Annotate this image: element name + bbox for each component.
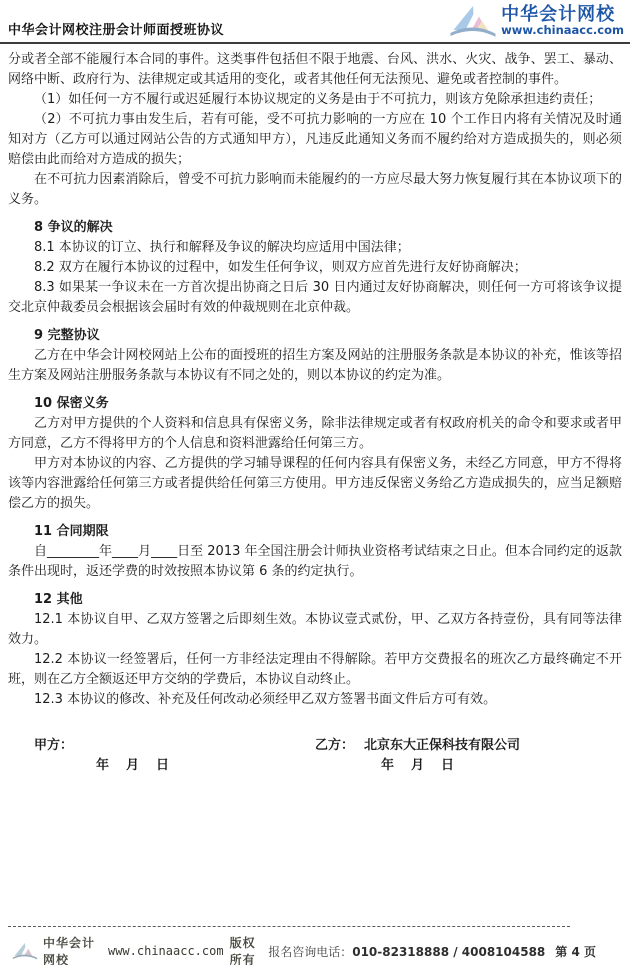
logo-brand-name: 中华会计网校 (501, 6, 624, 25)
paragraph: 在不可抗力因素消除后，曾受不可抗力影响而未能履约的一方应尽最大努力恢复履行其在本… (8, 170, 622, 210)
chinaacc-logo: 中华会计网校 www.chinaacc.com (449, 2, 624, 42)
paragraph: 12.2 本协议一经签署后，任何一方非经法定理由不得解除。若甲方交费报名的班次乙… (8, 650, 622, 690)
document-title: 中华会计网校注册会计师面授班协议 (8, 19, 224, 42)
phone-numbers: 010-82318888 / 4008104588 (352, 945, 545, 959)
document-body: 分或者全部不能履行本合同的事件。这类事件包括但不限于地震、台风、洪水、火灾、战争… (8, 50, 622, 710)
paragraph: （1）如任何一方不履行或迟延履行本协议规定的义务是由于不可抗力，则该方免除承担违… (8, 90, 622, 110)
section-heading: 12 其他 (8, 590, 622, 610)
footer-url: www.chinaacc.com (108, 944, 224, 958)
chinaacc-logo-icon (449, 2, 497, 40)
party-b-label: 乙方： (315, 738, 354, 753)
paragraph: 甲方对本协议的内容、乙方提供的学习辅导课程的任何内容具有保密义务，未经乙方同意，… (8, 454, 622, 514)
paragraph: 8.1 本协议的订立、执行和解释及争议的解决均应适用中国法律； (8, 238, 622, 258)
document-content: 分或者全部不能履行本合同的事件。这类事件包括但不限于地震、台风、洪水、火灾、战争… (0, 44, 630, 776)
paragraph: 8.2 双方在履行本协议的过程中，如发生任何争议，则双方应首先进行友好协商解决； (8, 258, 622, 278)
paragraph: 12.1 本协议自甲、乙双方签署之后即刻生效。本协议壹式贰份，甲、乙双方各持壹份… (8, 610, 622, 650)
section-heading: 9 完整协议 (8, 326, 622, 346)
paragraph: 8.3 如果某一争议未在一方首次提出协商之日后 30 日内通过友好协商解决，则任… (8, 278, 622, 318)
paragraph: 乙方在中华会计网校网站上公布的面授班的招生方案及网站的注册服务条款是本协议的补充… (8, 346, 622, 386)
footer-left: 中华会计网校 www.chinaacc.com 版权所有 (12, 934, 268, 965)
party-a-date-line: 年 月 日 (8, 756, 315, 776)
footer-brand-name: 中华会计网校 (43, 934, 101, 965)
page-header: 中华会计网校注册会计师面授班协议 中华会计网校 www.chinaacc.com (0, 0, 630, 44)
page-number: 第 4 页 (555, 945, 596, 959)
footer-right: 报名咨询电话：010-82318888 / 4008104588第 4 页 (268, 943, 596, 960)
paragraph: （2）不可抗力事由发生后，若有可能，受不可抗力影响的一方应在 10 个工作日内将… (8, 110, 622, 170)
paragraph: 自________年____月____日至 2013 年全国注册会计师执业资格考… (8, 542, 622, 582)
phone-label: 报名咨询电话： (268, 945, 352, 959)
signature-block: 甲方： 年 月 日 乙方：北京东大正保科技有限公司 年 月 日 (8, 736, 622, 776)
section-heading: 8 争议的解决 (8, 218, 622, 238)
agreement-page: 中华会计网校注册会计师面授班协议 中华会计网校 www.chinaacc.com… (0, 0, 630, 965)
paragraph: 分或者全部不能履行本合同的事件。这类事件包括但不限于地震、台风、洪水、火灾、战争… (8, 50, 622, 90)
section-heading: 11 合同期限 (8, 522, 622, 542)
chinaacc-logo-icon (12, 941, 38, 961)
footer-copyright: 版权所有 (230, 934, 269, 965)
paragraph: 12.3 本协议的修改、补充及任何改动必须经甲乙双方签署书面文件后方可有效。 (8, 690, 622, 710)
paragraph: 乙方对甲方提供的个人资料和信息具有保密义务，除非法律规定或者有权政府机关的命令和… (8, 414, 622, 454)
party-b-company-name: 北京东大正保科技有限公司 (364, 738, 520, 753)
party-a-column: 甲方： 年 月 日 (8, 736, 315, 776)
party-a-label: 甲方： (8, 736, 315, 756)
page-footer: 中华会计网校 www.chinaacc.com 版权所有 报名咨询电话：010-… (8, 926, 622, 965)
section-heading: 10 保密义务 (8, 394, 622, 414)
party-b-column: 乙方：北京东大正保科技有限公司 年 月 日 (315, 736, 622, 776)
logo-text: 中华会计网校 www.chinaacc.com (501, 6, 624, 37)
footer-row: 中华会计网校 www.chinaacc.com 版权所有 报名咨询电话：010-… (8, 927, 622, 965)
logo-url: www.chinaacc.com (501, 24, 624, 36)
party-b-line: 乙方：北京东大正保科技有限公司 (315, 736, 622, 756)
party-b-date-line: 年 月 日 (315, 756, 622, 776)
